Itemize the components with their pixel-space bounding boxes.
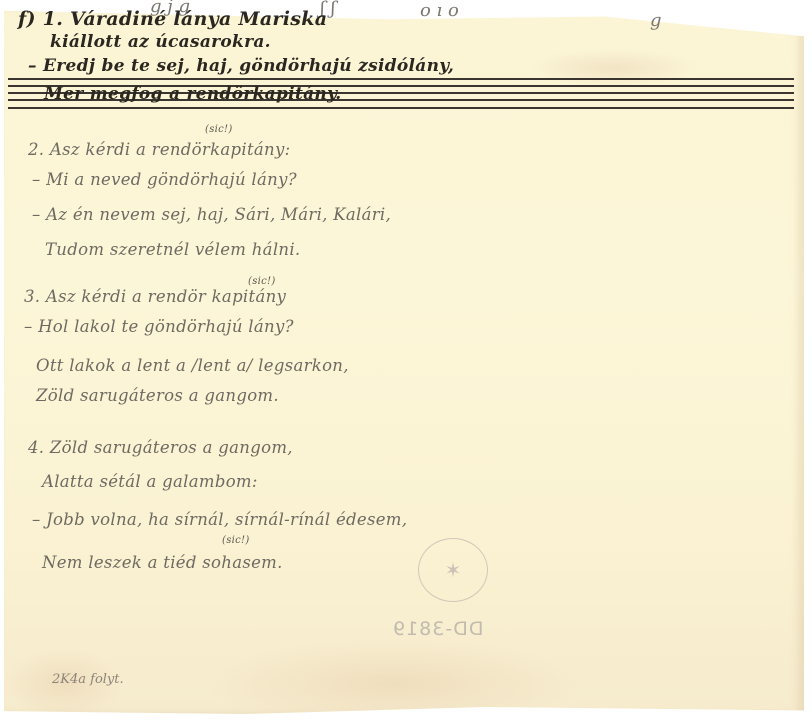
archive-stamp-icon: ✶ bbox=[418, 538, 488, 602]
stanza-line: Tudom szeretnél vélem hálni. bbox=[45, 240, 300, 259]
stanza-line: Alatta sétál a galambom: bbox=[42, 472, 258, 491]
bleed-marks: g bbox=[650, 10, 662, 31]
stanza-line: – Hol lakol te göndörhajú lány? bbox=[24, 317, 294, 336]
stamp-emblem-icon: ✶ bbox=[445, 558, 462, 582]
stanza-line: – Az én nevem sej, haj, Sári, Mári, Kalá… bbox=[32, 205, 391, 224]
stanza-line: 3. Asz kérdi a rendör kapitány bbox=[24, 287, 286, 306]
stanza-line: – Eredj be te sej, haj, göndörhajú zsidó… bbox=[28, 56, 454, 76]
staff-line bbox=[8, 107, 794, 109]
stanza-line: 4. Zöld sarugáteros a gangom, bbox=[28, 438, 293, 457]
paper-stain bbox=[524, 48, 704, 88]
stanza-line: Ott lakok a lent a /lent a/ legsarkon, bbox=[36, 356, 349, 375]
stanza-line: Zöld sarugáteros a gangom. bbox=[36, 386, 279, 405]
stanza-line: – Mi a neved göndörhajú lány? bbox=[32, 170, 297, 189]
stanza-line: 2. Asz kérdi a rendörkapitány: bbox=[28, 140, 290, 159]
stanza-line: kiállott az úcasarokra. bbox=[50, 32, 271, 52]
sic-annotation: (sic!) bbox=[205, 124, 233, 135]
paper-stain bbox=[204, 638, 584, 721]
staff-line bbox=[8, 78, 794, 80]
stanza-line: Nem leszek a tiéd sohasem. bbox=[42, 553, 283, 572]
sic-annotation: (sic!) bbox=[222, 535, 250, 546]
stanza-line: f) 1. Váradiné lánya Mariska bbox=[18, 8, 327, 30]
archive-number: DD-3819 bbox=[392, 618, 483, 640]
sic-annotation: (sic!) bbox=[248, 276, 276, 287]
continuation-note: 2K4a folyt. bbox=[52, 672, 124, 687]
bleed-marks: o ı o bbox=[420, 0, 459, 21]
stanza-line: – Jobb volna, ha sírnál, sírnál-rínál éd… bbox=[32, 510, 407, 529]
stanza-line: Mer megfog a rendörkapitány. bbox=[44, 84, 342, 104]
